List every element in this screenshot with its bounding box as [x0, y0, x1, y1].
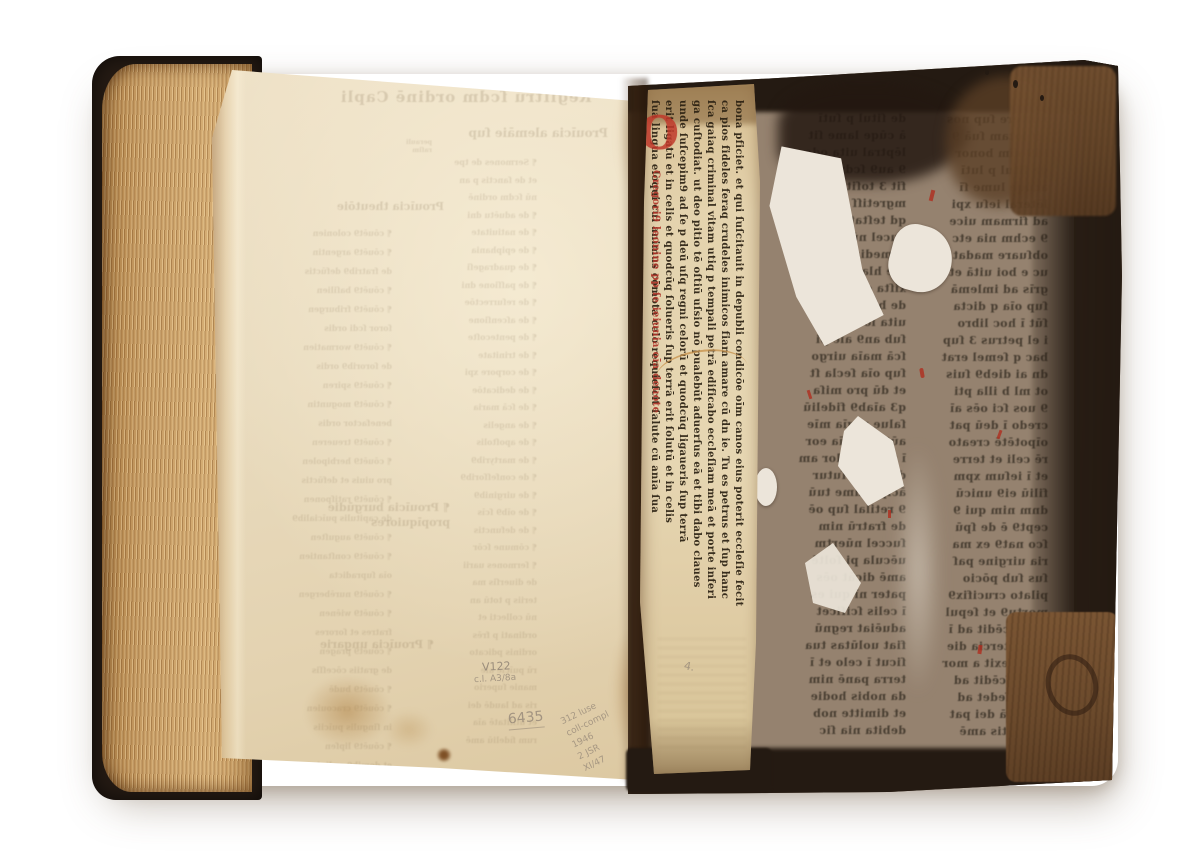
exposed-wood-top-right [1010, 66, 1116, 216]
strip-rubric-line: Gregori9 leonine pp ſe ieiunia oīa deuot… [648, 170, 662, 430]
showthrough-column-right: ¶ Sermones de tpe et de ſanctis p an nū … [405, 154, 537, 754]
stain-dark-spot [436, 748, 452, 762]
pale-streak [888, 400, 948, 740]
paper-remnant-edge [755, 468, 777, 506]
showthrough-micro-note: perauli raſim [388, 138, 432, 154]
worm-hole [1040, 95, 1044, 101]
photograph-open-book: Regiſtrū ſcdm ordinē Capli Prouīcia alem… [0, 0, 1200, 853]
worm-hole [1013, 80, 1018, 88]
strip-fold-shadow [638, 718, 760, 774]
worm-hole [985, 70, 989, 75]
pencil-shelfmark: V122 [482, 659, 511, 673]
pencil-price: 6435 [507, 708, 544, 730]
blank-verso-leaf: Regiſtrū ſcdm ordinē Capli Prouīcia alem… [212, 66, 652, 788]
showthrough-subtitle: Prouīcia alemāie ſup [438, 126, 608, 140]
printed-waste-strip: bona pficiet. et qui ſuſcitauit in depub… [638, 82, 760, 774]
rubrication-mark [888, 510, 891, 518]
stain-blob-faint [374, 702, 444, 757]
